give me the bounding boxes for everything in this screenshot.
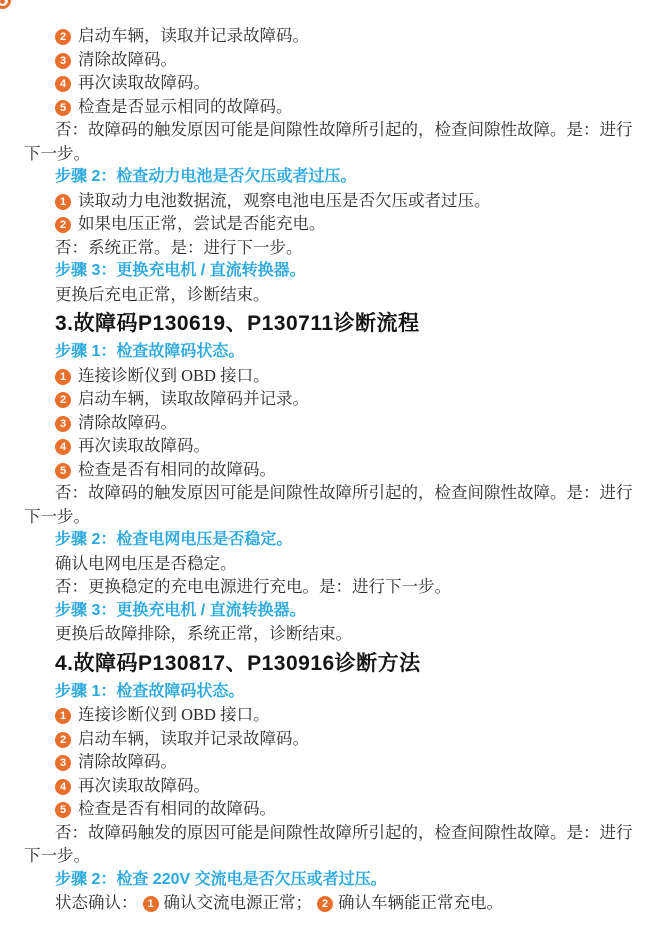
step-number-badge: 2	[55, 29, 71, 45]
text-line: 下一步。	[24, 844, 636, 868]
numbered-step: 4再次读取故障码。	[24, 774, 636, 798]
text-line: 否：系统正常。是：进行下一步。	[24, 236, 636, 260]
step-number-badge: 5	[55, 100, 71, 116]
numbered-step: 2启动车辆，读取并记录故障码。	[24, 727, 636, 751]
status-line: 状态确认：1确认交流电源正常；2确认车辆能正常充电。	[24, 891, 636, 915]
step-heading: 步骤 1：检查故障码状态。	[24, 340, 636, 364]
numbered-step: 2启动车辆，读取故障码并记录。	[24, 387, 636, 411]
step-heading: 步骤 2：检查电网电压是否稳定。	[24, 528, 636, 552]
numbered-step: 2如果电压正常，尝试是否能充电。	[24, 212, 636, 236]
step-heading: 步骤 2：检查动力电池是否欠压或者过压。	[24, 165, 636, 189]
numbered-step-text: 再次读取故障码。	[78, 436, 210, 455]
step-heading: 步骤 3：更换充电机 / 直流转换器。	[24, 259, 636, 283]
step-number-badge: 1	[55, 708, 71, 724]
text-line: 下一步。	[24, 505, 636, 529]
text-line: 确认电网电压是否稳定。	[24, 552, 636, 576]
numbered-step: 3清除故障码。	[24, 48, 636, 72]
numbered-step: 1连接诊断仪到 OBD 接口。	[24, 364, 636, 388]
section-heading: 4.故障码P130817、P130916诊断方法	[24, 649, 636, 679]
status-line-text: 状态确认：	[55, 893, 138, 912]
numbered-step: 5检查是否显示相同的故障码。	[24, 95, 636, 119]
numbered-step-text: 再次读取故障码。	[78, 73, 210, 92]
numbered-step: 5检查是否有相同的故障码。	[24, 458, 636, 482]
numbered-step-text: 启动车辆，读取并记录故障码。	[78, 729, 309, 748]
numbered-step-text: 连接诊断仪到 OBD 接口。	[78, 366, 270, 385]
step-number-badge: 2	[55, 732, 71, 748]
numbered-step-text: 启动车辆，读取故障码并记录。	[78, 389, 309, 408]
step-number-badge: 1	[55, 194, 71, 210]
numbered-step-text: 清除故障码。	[78, 752, 177, 771]
step-number-badge: 2	[55, 217, 71, 233]
step-heading: 步骤 1：检查故障码状态。	[24, 680, 636, 704]
text-line: 否：更换稳定的充电电源进行充电。是：进行下一步。	[24, 575, 636, 599]
step-heading: 步骤 2：检查 220V 交流电是否欠压或者过压。	[24, 868, 636, 892]
step-number-badge: 2	[55, 392, 71, 408]
numbered-step: 1读取动力电池数据流，观察电池电压是否欠压或者过压。	[24, 189, 636, 213]
numbered-step-text: 检查是否有相同的故障码。	[78, 799, 276, 818]
text-line: 更换后充电正常，诊断结束。	[24, 283, 636, 307]
step-number-badge: 3	[55, 53, 71, 69]
step-heading: 步骤 3：更换充电机 / 直流转换器。	[24, 599, 636, 623]
text-line: 否：故障码的触发原因可能是间隙性故障所引起的，检查间隙性故障。是：进行	[24, 481, 636, 505]
step-number-badge: 4	[55, 779, 71, 795]
numbered-step: 3清除故障码。	[24, 750, 636, 774]
step-number-badge: 4	[55, 439, 71, 455]
numbered-step: 2启动车辆，读取并记录故障码。	[24, 24, 636, 48]
numbered-step-text: 清除故障码。	[78, 413, 177, 432]
text-line: 否：故障码触发的原因可能是间隙性故障所引起的，检查间隙性故障。是：进行	[24, 821, 636, 845]
numbered-step-text: 检查是否有相同的故障码。	[78, 460, 276, 479]
step-number-badge: 5	[55, 802, 71, 818]
status-line-text: 确认车辆能正常充电。	[338, 893, 503, 912]
document-body: 2启动车辆，读取并记录故障码。3清除故障码。4再次读取故障码。5检查是否显示相同…	[24, 24, 636, 915]
numbered-step-text: 如果电压正常，尝试是否能充电。	[78, 214, 326, 233]
step-number-badge: 3	[55, 416, 71, 432]
text-line: 否：故障码的触发原因可能是间隙性故障所引起的，检查间隙性故障。是：进行	[24, 118, 636, 142]
status-line-text: 确认交流电源正常；	[164, 893, 313, 912]
section-heading: 3.故障码P130619、P130711诊断流程	[24, 309, 636, 339]
step-number-badge: 5	[55, 463, 71, 479]
step-number-badge: 2	[317, 896, 333, 912]
step-number-badge: 1	[143, 896, 159, 912]
numbered-step-text: 清除故障码。	[78, 50, 177, 69]
numbered-step-text: 读取动力电池数据流，观察电池电压是否欠压或者过压。	[78, 191, 491, 210]
step-number-badge: 3	[55, 755, 71, 771]
numbered-step: 5检查是否有相同的故障码。	[24, 797, 636, 821]
numbered-step-text: 再次读取故障码。	[78, 776, 210, 795]
numbered-step-text: 连接诊断仪到 OBD 接口。	[78, 705, 270, 724]
numbered-step: 3清除故障码。	[24, 411, 636, 435]
manual-page: 2启动车辆，读取并记录故障码。3清除故障码。4再次读取故障码。5检查是否显示相同…	[0, 0, 659, 941]
step-number-badge: 4	[55, 76, 71, 92]
text-line: 更换后故障排除，系统正常，诊断结束。	[24, 622, 636, 646]
numbered-step: 1连接诊断仪到 OBD 接口。	[24, 703, 636, 727]
text-line: 下一步。	[24, 142, 636, 166]
numbered-step-text: 检查是否显示相同的故障码。	[78, 97, 293, 116]
numbered-step-text: 启动车辆，读取并记录故障码。	[78, 26, 309, 45]
numbered-step: 4再次读取故障码。	[24, 434, 636, 458]
numbered-step: 4再次读取故障码。	[24, 71, 636, 95]
page-corner-logo-icon	[0, 0, 11, 9]
step-number-badge: 1	[55, 369, 71, 385]
